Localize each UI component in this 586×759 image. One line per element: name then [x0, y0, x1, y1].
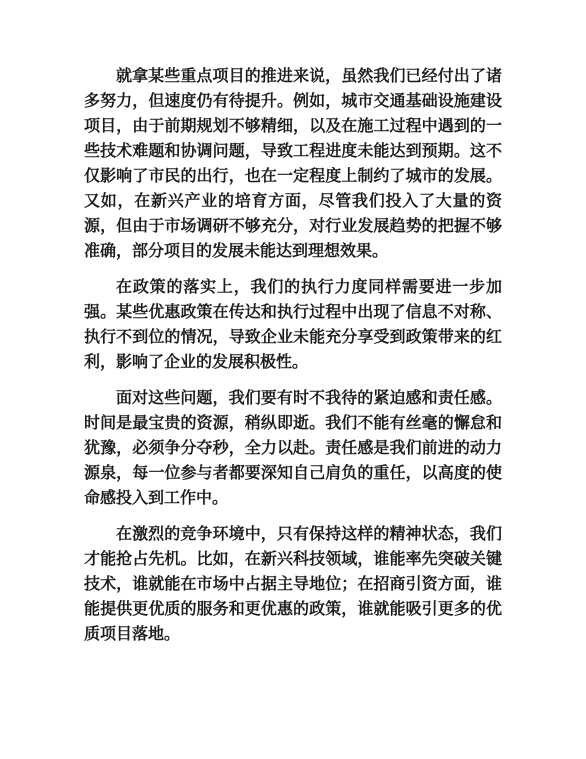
paragraph-2: 在政策的落实上，我们的执行力度同样需要进一步加强。某些优惠政策在传达和执行过程中… — [84, 275, 502, 375]
paragraph-3: 面对这些问题，我们要有时不我待的紧迫感和责任感。时间是最宝贵的资源，稍纵即逝。我… — [84, 386, 502, 511]
paragraph-1: 就拿某些重点项目的推进来说，虽然我们已经付出了诸多努力，但速度仍有待提升。例如，… — [84, 64, 502, 264]
document-text-body: 就拿某些重点项目的推进来说，虽然我们已经付出了诸多努力，但速度仍有待提升。例如，… — [84, 64, 502, 647]
document-page: 就拿某些重点项目的推进来说，虽然我们已经付出了诸多努力，但速度仍有待提升。例如，… — [0, 0, 586, 759]
paragraph-4: 在激烈的竞争环境中，只有保持这样的精神状态，我们才能抢占先机。比如，在新兴科技领… — [84, 522, 502, 647]
